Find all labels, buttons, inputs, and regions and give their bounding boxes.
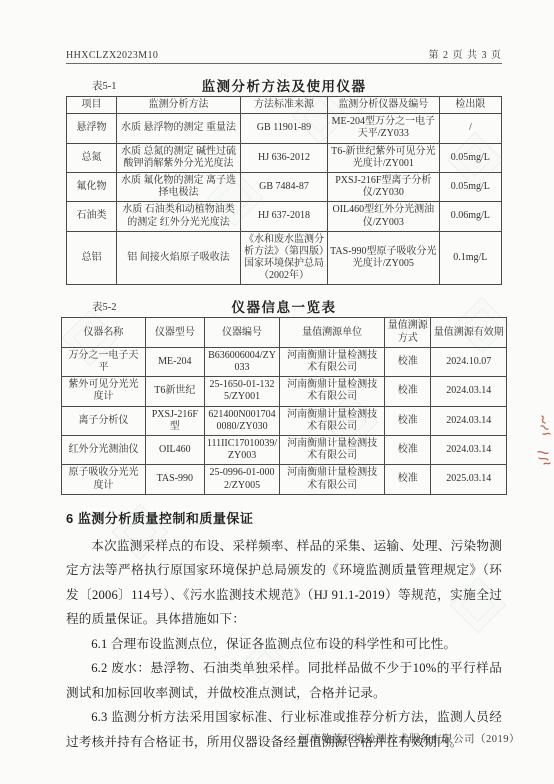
table-cell: TAS-990型原子吸收分光光度计/ZY005 <box>327 231 439 285</box>
column-header: 量值溯源方式 <box>385 318 431 347</box>
table-row: 紫外可见分光光度计T6新世纪25-1650-01-1325/ZY001河南衡鼎计… <box>62 377 507 406</box>
table-cell: 校准 <box>385 435 431 464</box>
table-cell: T6-新世纪紫外可见分光光度计/ZY001 <box>327 143 439 172</box>
table-cell: OIL460型红外分光测油仪/ZY003 <box>327 202 439 231</box>
table-cell: 氟化物 <box>67 172 117 201</box>
table-cell: 2024.10.07 <box>431 347 507 376</box>
table2-caption: 表5-2 仪器信息一览表 <box>66 296 502 314</box>
table-cell: 2024.03.14 <box>431 377 507 406</box>
table-cell: 2024.03.14 <box>431 406 507 435</box>
table-cell: 2025.03.14 <box>431 465 507 494</box>
table-row: 红外分光测油仪OIL460111IIC17010039/ZY003河南衡鼎计量检… <box>62 435 507 464</box>
table-cell: 25-1650-01-1325/ZY001 <box>204 377 280 406</box>
column-header: 监测分析方法 <box>116 97 240 114</box>
table-cell: 0.05mg/L <box>439 143 501 172</box>
table-cell: 水质 氟化物的测定 离子选择电极法 <box>116 172 240 201</box>
column-header: 方法标准来源 <box>240 97 327 114</box>
table-cell: / <box>439 114 501 143</box>
page-header: HHXCLZX2023M10 第 2 页 共 3 页 <box>66 46 502 64</box>
instrument-info-table: 仪器名称仪器型号仪器编号量值溯源单位量值溯源方式量值溯源有效期万分之一电子天平M… <box>61 317 507 494</box>
table-row: 总铝铝 间接火焰原子吸收法《水和废水监测分析方法》（第四版）国家环境保护总局（2… <box>67 231 502 285</box>
table1-caption: 表5-1 监测分析方法及使用仪器 <box>66 75 502 93</box>
table2-caption-label: 表5-2 <box>92 299 117 314</box>
table2-caption-title: 仪器信息一览表 <box>232 300 337 315</box>
column-header: 量值溯源单位 <box>280 318 385 347</box>
paragraph: 6.3 监测分析方法采用国家标准、行业标准或推荐分析方法，监测人员经过考核并持有… <box>66 705 502 754</box>
table-cell: 0.06mg/L <box>439 202 501 231</box>
section6-heading: 6 监测分析质量控制和质量保证 <box>66 508 502 527</box>
table-cell: 校准 <box>385 377 431 406</box>
table-cell: 河南衡鼎计量检测技术有限公司 <box>280 347 385 376</box>
table-cell: 2024.03.14 <box>431 435 507 464</box>
table-cell: 总氮 <box>67 143 117 172</box>
table-row: 离子分析仪PXSJ-216F型621400N0017040080/ZY030河南… <box>62 406 507 435</box>
column-header: 项目 <box>67 97 117 114</box>
table-row: 石油类水质 石油类和动植物油类的测定 红外分光光度法HJ 637-2018OIL… <box>67 202 502 231</box>
table-cell: 《水和废水监测分析方法》（第四版）国家环境保护总局（2002年） <box>240 231 327 285</box>
table-cell: 万分之一电子天平 <box>62 347 146 376</box>
document-page: HHXCLZX2023M10 第 2 页 共 3 页 表5-1 监测分析方法及使… <box>0 0 554 784</box>
table-cell: ME-204型万分之一电子天平/ZY033 <box>327 114 439 143</box>
table-cell: 河南衡鼎计量检测技术有限公司 <box>280 465 385 494</box>
table-cell: 悬浮物 <box>67 114 117 143</box>
table-row: 氟化物水质 氟化物的测定 离子选择电极法GB 7484-87PXSJ-216F型… <box>67 172 502 201</box>
table-cell: TAS-990 <box>145 465 204 494</box>
page-number: 第 2 页 共 3 页 <box>429 46 503 61</box>
table-cell: 111IIC17010039/ZY003 <box>204 435 280 464</box>
table-cell: 河南衡鼎计量检测技术有限公司 <box>280 377 385 406</box>
table-cell: 校准 <box>385 347 431 376</box>
table-cell: B636006004/ZY033 <box>204 347 280 376</box>
table-cell: 水质 悬浮物的测定 重量法 <box>116 114 240 143</box>
table-cell: 河南衡鼎计量检测技术有限公司 <box>280 435 385 464</box>
table-cell: 621400N0017040080/ZY030 <box>204 406 280 435</box>
table-cell: 25-0996-01-0002/ZY005 <box>204 465 280 494</box>
table1-caption-label: 表5-1 <box>92 78 117 93</box>
table-cell: 河南衡鼎计量检测技术有限公司 <box>280 406 385 435</box>
column-header: 检出限 <box>439 97 501 114</box>
table-row: 悬浮物水质 悬浮物的测定 重量法GB 11901-89ME-204型万分之一电子… <box>67 114 502 143</box>
table-cell: 0.1mg/L <box>439 231 501 285</box>
paragraph: 6.1 合理布设监测点位，保证各监测点位布设的科学性和可比性。 <box>66 632 502 657</box>
table-cell: 离子分析仪 <box>62 406 146 435</box>
paragraph: 6.2 废水：悬浮物、石油类单独采样。同批样品做不少于10%的平行样品测试和加标… <box>66 656 502 705</box>
red-ink-mark <box>526 410 552 480</box>
column-header: 监测分析仪器及编号 <box>327 97 439 114</box>
table-header-row: 项目监测分析方法方法标准来源监测分析仪器及编号检出限 <box>67 97 502 114</box>
doc-code: HHXCLZX2023M10 <box>66 50 158 61</box>
table-cell: 原子吸收分光光度计 <box>62 465 146 494</box>
table-cell: 0.05mg/L <box>439 172 501 201</box>
table-row: 原子吸收分光光度计TAS-99025-0996-01-0002/ZY005河南衡… <box>62 465 507 494</box>
table-cell: HJ 637-2018 <box>240 202 327 231</box>
table-cell: GB 7484-87 <box>240 172 327 201</box>
table-cell: 校准 <box>385 465 431 494</box>
table-cell: OIL460 <box>145 435 204 464</box>
column-header: 仪器型号 <box>145 318 204 347</box>
table-cell: ME-204 <box>145 347 204 376</box>
table-header-row: 仪器名称仪器型号仪器编号量值溯源单位量值溯源方式量值溯源有效期 <box>62 318 507 347</box>
table-cell: GB 11901-89 <box>240 114 327 143</box>
table-cell: T6新世纪 <box>145 377 204 406</box>
table-cell: 铝 间接火焰原子吸收法 <box>116 231 240 285</box>
paragraph: 本次监测采样点的布设、采样频率、样品的采集、运输、处理、污染物测定方法等严格执行… <box>66 534 502 632</box>
table-row: 万分之一电子天平ME-204B636006004/ZY033河南衡鼎计量检测技术… <box>62 347 507 376</box>
table1-caption-title: 监测分析方法及使用仪器 <box>202 79 367 94</box>
table-cell: PXSJ-216F型离子分析仪/ZY030 <box>327 172 439 201</box>
table-cell: 校准 <box>385 406 431 435</box>
table-cell: 水质 石油类和动植物油类的测定 红外分光光度法 <box>116 202 240 231</box>
section6-body-text: 本次监测采样点的布设、采样频率、样品的采集、运输、处理、污染物测定方法等严格执行… <box>66 534 502 755</box>
table-row: 总氮水质 总氮的测定 碱性过硫酸钾消解紫外分光光度法HJ 636-2012T6-… <box>67 143 502 172</box>
column-header: 仪器编号 <box>204 318 280 347</box>
table-cell: 总铝 <box>67 231 117 285</box>
table-cell: 石油类 <box>67 202 117 231</box>
table-cell: 水质 总氮的测定 碱性过硫酸钾消解紫外分光光度法 <box>116 143 240 172</box>
column-header: 仪器名称 <box>62 318 146 347</box>
column-header: 量值溯源有效期 <box>431 318 507 347</box>
methods-and-instruments-table: 项目监测分析方法方法标准来源监测分析仪器及编号检出限悬浮物水质 悬浮物的测定 重… <box>66 96 502 285</box>
table-cell: 紫外可见分光光度计 <box>62 377 146 406</box>
table-cell: PXSJ-216F型 <box>145 406 204 435</box>
table-cell: 红外分光测油仪 <box>62 435 146 464</box>
table-cell: HJ 636-2012 <box>240 143 327 172</box>
footer-company-line: 河南乾蓝环境检测技术服务有限公司（2019） <box>299 731 520 746</box>
